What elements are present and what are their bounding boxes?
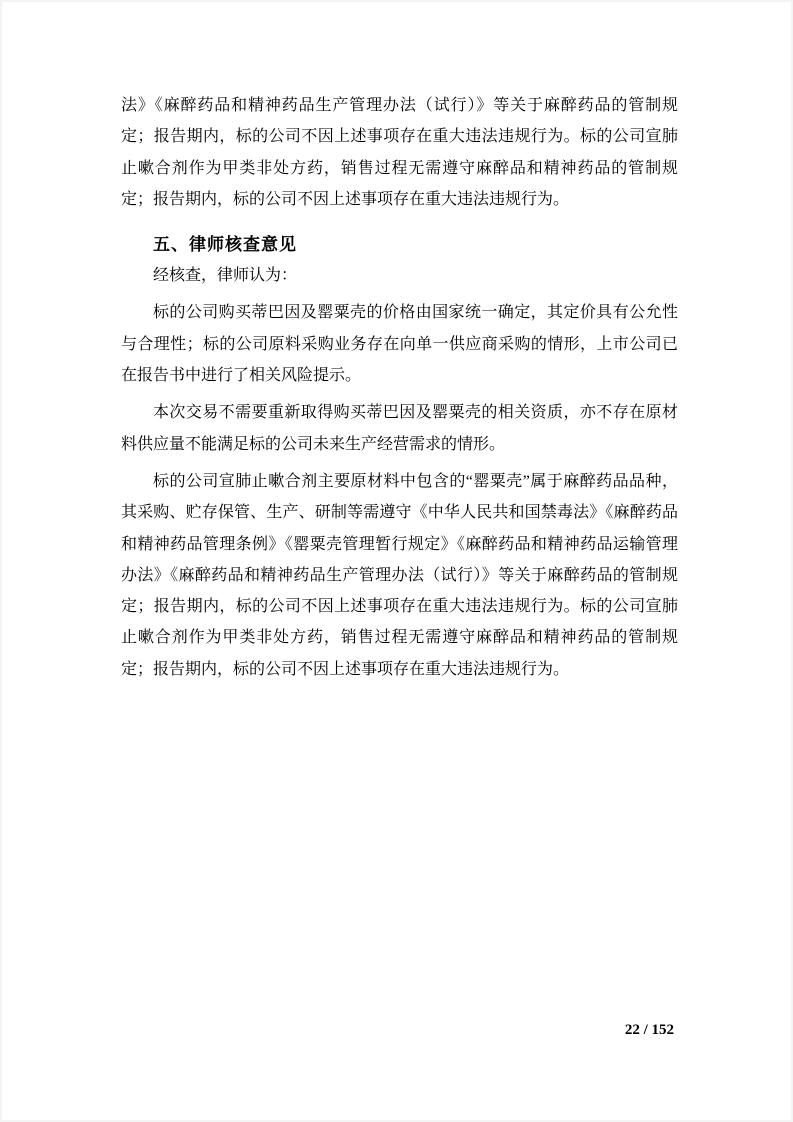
paragraph-continued: 法》《麻醉药品和精神药品生产管理办法（试行）》等关于麻醉药品的管制规定；报告期内…: [121, 90, 678, 215]
document-page: 法》《麻醉药品和精神药品生产管理办法（试行）》等关于麻醉药品的管制规定；报告期内…: [0, 0, 793, 1122]
paragraph: 标的公司宣肺止嗽合剂主要原材料中包含的“罂粟壳”属于麻醉药品品种，其采购、贮存保…: [121, 466, 678, 685]
section-heading: 五、律师核查意见: [121, 229, 678, 260]
paragraph: 本次交易不需要重新取得购买蒂巴因及罂粟壳的相关资质，亦不存在原材料供应量不能满足…: [121, 397, 678, 460]
page-number: 22 / 152: [625, 1021, 674, 1039]
document-body: 法》《麻醉药品和精神药品生产管理办法（试行）》等关于麻醉药品的管制规定；报告期内…: [121, 90, 678, 691]
paragraph: 标的公司购买蒂巴因及罂粟壳的价格由国家统一确定，其定价具有公允性与合理性；标的公…: [121, 297, 678, 391]
paragraph: 经核查，律师认为：: [121, 260, 678, 291]
